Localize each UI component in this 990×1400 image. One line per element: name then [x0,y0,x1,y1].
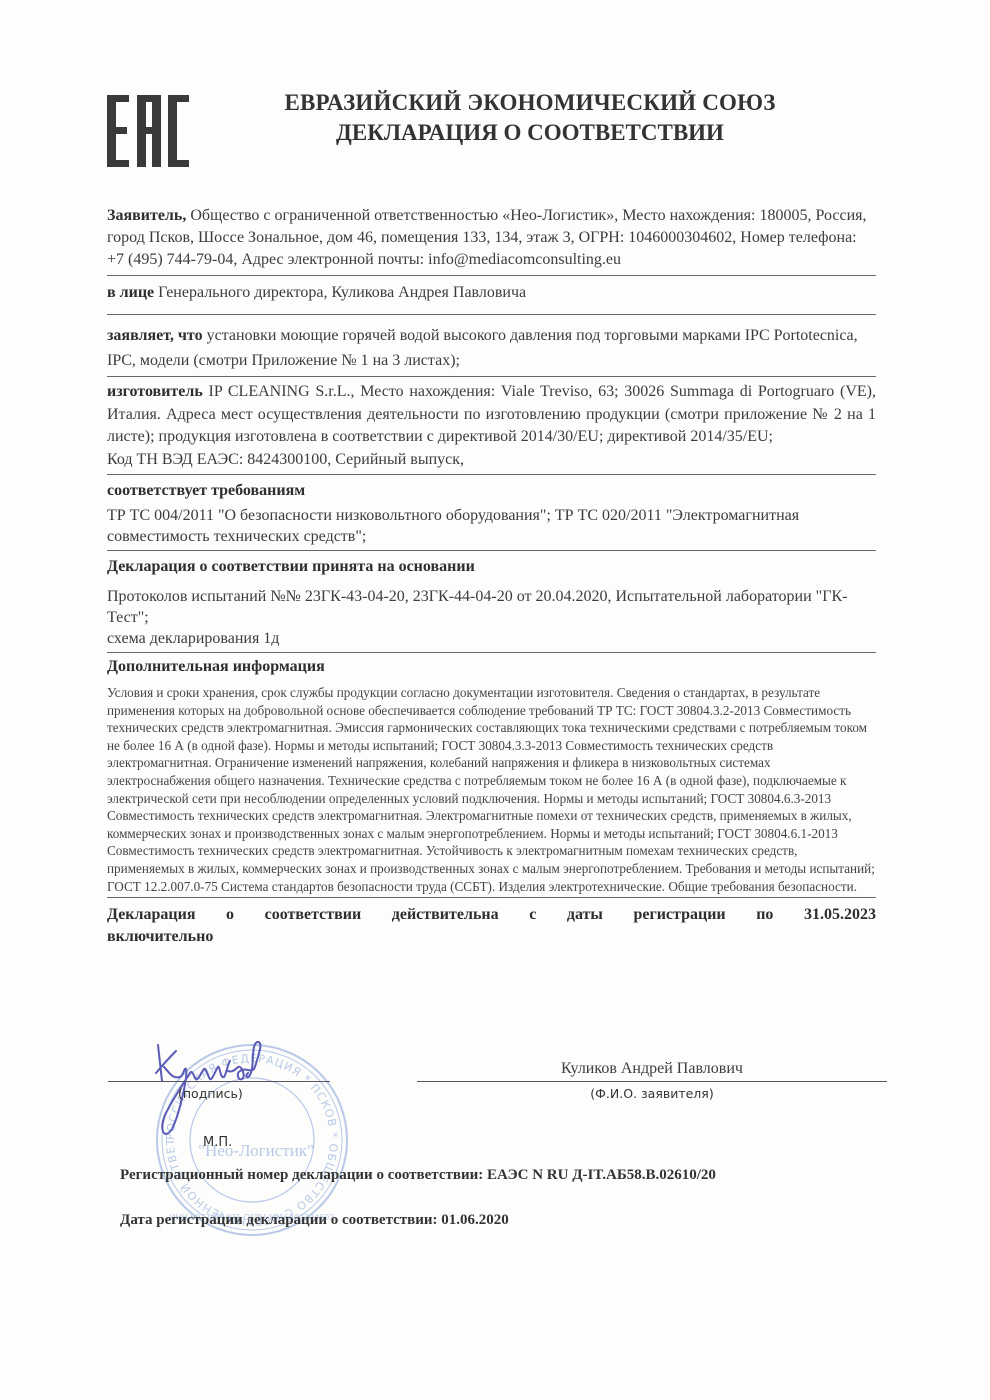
signature-line [108,1081,330,1082]
manufacturer-label: изготовитель [107,383,203,400]
basis-text: Протоколов испытаний №№ 23ГК-43-04-20, 2… [107,586,876,628]
declares-label: заявляет, что [107,327,203,344]
additional-info-text: Условия и сроки хранения, срок службы пр… [107,684,876,898]
requirements-heading: соответствует требованиям [107,475,876,505]
declares-text: установки моющие горячей водой высокого … [107,327,858,369]
applicant-name: Куликов Андрей Павлович [417,1060,887,1078]
hs-code: Код ТН ВЭД ЕАЭС: 8424300100, Серийный вы… [107,449,876,472]
basis-section: Протоколов испытаний №№ 23ГК-43-04-20, 2… [107,586,876,653]
signature-caption: (подпись) [178,1086,243,1101]
eac-mark-icon [107,95,189,167]
document-header: ЕВРАЗИЙСКИЙ ЭКОНОМИЧЕСКИЙ СОЮЗ ДЕКЛАРАЦИ… [240,88,820,148]
additional-info-heading: Дополнительная информация [107,653,876,684]
declaration-scheme: схема декларирования 1д [107,628,876,649]
represented-by-section: в лице Генерального директора, Куликова … [107,276,876,315]
basis-heading: Декларация о соответствии принята на осн… [107,551,876,586]
applicant-label: Заявитель, [107,207,186,224]
registration-date: Дата регистрации декларации о соответств… [120,1212,509,1229]
represented-by-text: Генерального директора, Куликова Андрея … [154,284,526,301]
declaration-body: Заявитель, Общество с ограниченной ответ… [107,205,876,948]
document-title: ДЕКЛАРАЦИЯ О СООТВЕТСТВИИ [240,118,820,148]
name-line [417,1081,887,1082]
applicant-section: Заявитель, Общество с ограниченной ответ… [107,205,876,276]
requirements-text: ТР ТС 004/2011 "О безопасности низковоль… [107,505,876,551]
declares-section: заявляет, что установки моющие горячей в… [107,315,876,377]
seal-place-label: М.П. [203,1135,232,1150]
applicant-text: Общество с ограниченной ответственностью… [107,207,867,268]
manufacturer-text: IP CLEANING S.r.L., Место нахождения: Vi… [107,383,876,445]
union-title: ЕВРАЗИЙСКИЙ ЭКОНОМИЧЕСКИЙ СОЮЗ [240,88,820,118]
name-caption: (Ф.И.О. заявителя) [417,1086,887,1101]
represented-by-label: в лице [107,284,154,301]
validity-statement: Декларация о соответствии действительна … [107,898,876,948]
registration-number: Регистрационный номер декларации о соотв… [120,1167,716,1184]
manufacturer-section: изготовитель IP CLEANING S.r.L., Место н… [107,377,876,475]
